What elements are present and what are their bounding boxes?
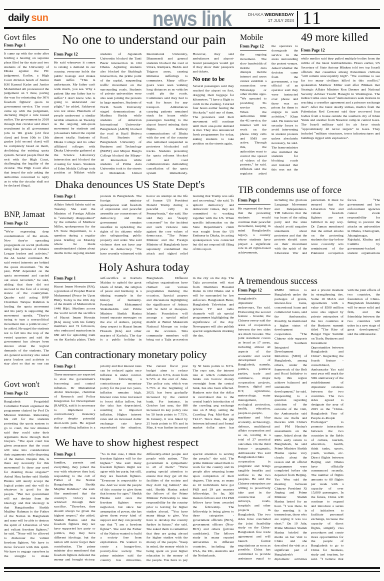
- body-text: the ongoing movement. The slow bandwidth…: [240, 44, 298, 176]
- kicker-tremendous-success: From Page 12: [238, 288, 271, 295]
- headline-tremendous-success: A tremendous success: [238, 276, 317, 286]
- body-text: while medics said they pulled multiple b…: [301, 57, 380, 141]
- body-text: It came up with the order after holding …: [4, 52, 49, 189]
- body-text: Bangladesh Progatishil Columnist Forum o…: [4, 391, 49, 565]
- body-text: Affairs Seheli Sabrin said on Tuesday. S…: [54, 194, 234, 256]
- headline-monetary-policy: Can contractionary monetary policy: [55, 349, 207, 361]
- headline-govt-files: Govt files: [4, 33, 36, 42]
- headline-ashura: Holy Ashura today: [54, 260, 234, 275]
- headline-mobile: Mobile: [240, 33, 263, 42]
- body-text: Several passengers said they reached the…: [193, 84, 234, 146]
- article-ashura-body: From Page 1 Hazrat Imam Hossain (RA), a …: [54, 276, 234, 346]
- headline-49-more-killed: 49 more killed: [301, 32, 368, 44]
- body-text: families, parents and everything, they j…: [54, 452, 234, 565]
- dateline-city: DHAKA: [248, 12, 264, 17]
- article-no-one-body: From Page 12 He said whenever it comes t…: [54, 52, 234, 176]
- article-49-more-killed-body: From Page 12 while medics said they pull…: [301, 48, 380, 176]
- kicker-49-more-killed: From Page 12: [301, 48, 380, 55]
- kicker-tib: From Page 1: [238, 198, 271, 205]
- kicker-govt-wont: From Page 12: [4, 391, 49, 398]
- kicker-mobile: From Page 12: [240, 44, 267, 51]
- dateline: DHAKA WEDNESDAY 17 JULY 2024: [174, 12, 294, 24]
- article-govt-files-body: From Page 1 It came up with the order af…: [4, 43, 49, 207]
- bottom-rule-thin: [4, 571, 380, 572]
- headline-highest-respect: We have to show highest respect: [55, 437, 199, 449]
- crosshead-no-one: No one to be: [193, 76, 234, 83]
- headline-tib: TIB condemns use of force: [238, 186, 341, 196]
- body-text: Hazrat Imam Hossain (RA), a grandson of …: [54, 276, 234, 346]
- article-dhaka-denounces-body: From Page 1 Affairs Seheli Sabrin said o…: [54, 194, 234, 256]
- kicker-dhaka-denounces: From Page 1: [54, 194, 95, 201]
- body-text: Bangladesh's diplomatic endeavours, Yao …: [238, 288, 380, 565]
- headline-bnp-jamaat: BNP, Jamaat: [4, 210, 45, 219]
- article-highest-respect-body: From Page 1 families, parents and everyt…: [54, 452, 234, 565]
- dateline-date: 17 JULY 2024: [174, 18, 294, 24]
- article-monetary-policy-body: From Page 1 These measures are expected …: [54, 364, 234, 432]
- masthead-rule: [4, 27, 380, 29]
- kicker-monetary-policy: From Page 1: [54, 364, 95, 371]
- kicker-bnp-jamaat: From Page 12: [4, 221, 49, 228]
- kicker-govt-files: From Page 1: [4, 43, 49, 50]
- kicker-no-one: From Page 12: [54, 52, 95, 59]
- kicker-ashura: From Page 1: [54, 276, 95, 283]
- article-mobile-body: From Page 12 the ongoing movement. The s…: [240, 44, 298, 176]
- page-number: 11: [303, 8, 322, 29]
- headline-no-one: No one to understand our pain: [54, 32, 234, 48]
- article-tremendous-success-body: From Page 12 Bangladesh's diplomatic end…: [238, 288, 380, 565]
- body-text: He expressed the hope that the protestin…: [238, 198, 380, 258]
- dateline-day: WEDNESDAY: [265, 12, 294, 17]
- article-tib-body: From Page 1 He expressed the hope that t…: [238, 198, 380, 258]
- kicker-highest-respect: From Page 1: [54, 452, 95, 459]
- bottom-rule-thick: [4, 567, 380, 569]
- article-govt-wont-body: From Page 12 Bangladesh Progatishil Colu…: [4, 391, 49, 565]
- headline-dhaka-denounces: Dhaka denounces US State Dept's: [55, 179, 205, 191]
- headline-govt-wont: Govt won't: [4, 380, 39, 389]
- body-text: “We're expressing deep condemnation of t…: [4, 221, 49, 373]
- pageno-divider: [297, 11, 298, 27]
- body-text: These measures are expected to slow the …: [54, 364, 234, 432]
- newspaper-page: dailysun news link DHAKA WEDNESDAY 17 JU…: [0, 0, 384, 581]
- article-bnp-jamaat-body: From Page 12 “We're expressing deep cond…: [4, 221, 49, 373]
